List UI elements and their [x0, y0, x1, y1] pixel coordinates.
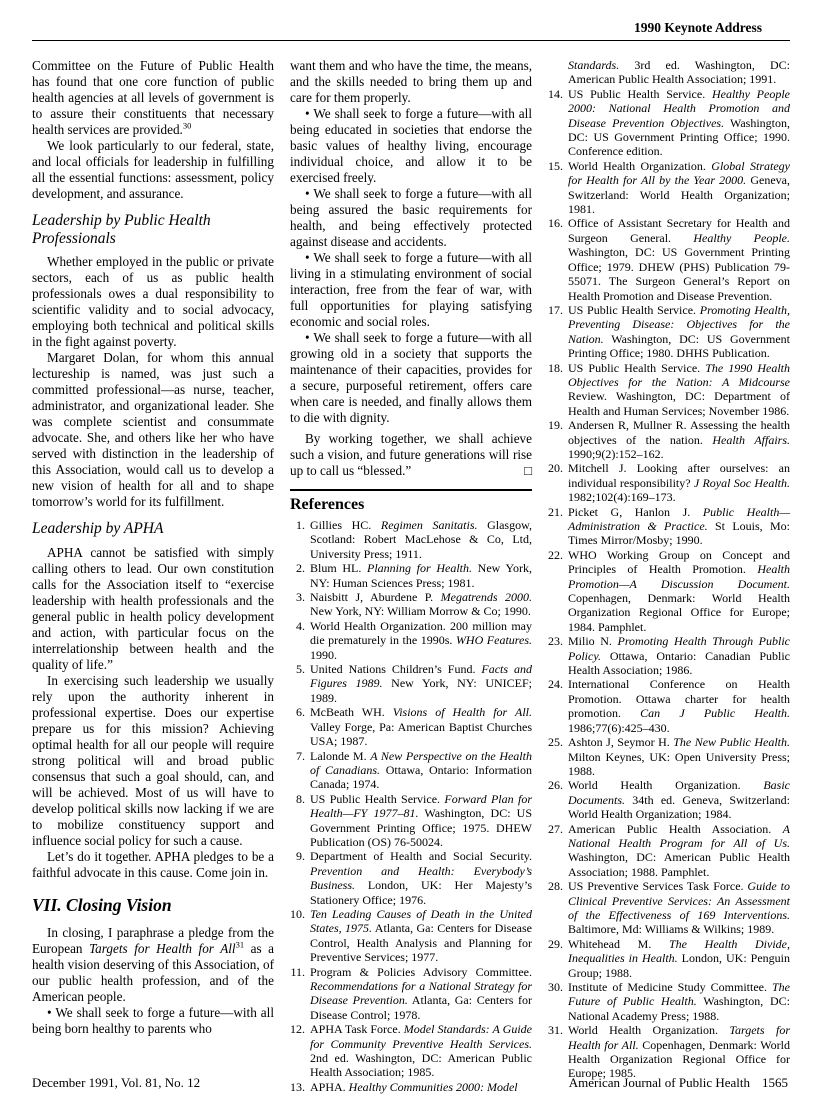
reference-number: 12.	[290, 1022, 310, 1080]
text-segment: Ottawa, Ontario: Canadian Public Health …	[568, 649, 790, 677]
reference-text: American Public Health Association. A Na…	[568, 822, 790, 880]
reference-text: World Health Organization. Global Strate…	[568, 159, 790, 217]
paragraph: Margaret Dolan, for whom this annual lec…	[32, 350, 274, 510]
reference-number: 1.	[290, 518, 310, 561]
reference-number: 24.	[548, 677, 568, 735]
text-segment: • We shall seek to forge a future—with a…	[290, 250, 532, 329]
text-segment: Program & Policies Advisory Committee.	[310, 965, 532, 979]
reference-number: 18.	[548, 361, 568, 419]
text-segment: Blum HL.	[310, 561, 367, 575]
text-segment: WHO Features.	[456, 633, 532, 647]
reference-item: 9.Department of Health and Social Securi…	[290, 849, 532, 907]
reference-text: US Preventive Services Task Force. Guide…	[568, 879, 790, 937]
reference-text: Standards. 3rd ed. Washington, DC: Ameri…	[568, 58, 790, 87]
reference-text: Milio N. Promoting Health Through Public…	[568, 634, 790, 677]
reference-continuation: Standards. 3rd ed. Washington, DC: Ameri…	[548, 58, 790, 87]
paragraph: In exercising such leadership we usually…	[32, 673, 274, 849]
reference-text: Gillies HC. Regimen Sanitatis. Glasgow, …	[310, 518, 532, 561]
text-segment: APHA cannot be satisfied with simply cal…	[32, 545, 274, 672]
text-segment: 31	[236, 939, 245, 949]
reference-number: 30.	[548, 980, 568, 1023]
reference-text: Program & Policies Advisory Committee. R…	[310, 965, 532, 1023]
reference-text: Office of Assistant Secretary for Health…	[568, 216, 790, 302]
reference-number: 26.	[548, 778, 568, 821]
reference-text: World Health Organization. Basic Documen…	[568, 778, 790, 821]
text-segment: Naisbitt J, Aburdene P.	[310, 590, 441, 604]
journal-page: 1990 Keynote Address Committee on the Fu…	[0, 0, 816, 1105]
reference-number: 14.	[548, 87, 568, 159]
footer-issue: December 1991, Vol. 81, No. 12	[32, 1075, 200, 1090]
reference-number: 23.	[548, 634, 568, 677]
reference-number: 9.	[290, 849, 310, 907]
text-segment: Targets for Health for All	[89, 941, 236, 956]
text-segment: 1990.	[310, 648, 337, 662]
reference-item: 7.Lalonde M. A New Perspective on the He…	[290, 749, 532, 792]
text-segment: Leadership by APHA	[32, 520, 163, 537]
reference-text: Picket G, Hanlon J. Public Health—Admini…	[568, 505, 790, 548]
reference-item: 2.Blum HL. Planning for Health. New York…	[290, 561, 532, 590]
text-segment: Whether employed in the public or privat…	[32, 254, 274, 349]
text-segment: Regimen Sanitatis.	[381, 518, 478, 532]
bullet-paragraph: • We shall seek to forge a future—with a…	[32, 1005, 274, 1037]
section-divider-rule	[290, 489, 532, 491]
bullet-paragraph: • We shall seek to forge a future—with a…	[290, 250, 532, 330]
text-segment: Standards.	[568, 58, 619, 72]
text-segment: Committee on the Future of Public Health…	[32, 58, 274, 137]
text-segment: • We shall seek to forge a future—with a…	[32, 1005, 274, 1036]
paragraph: Let’s do it together. APHA pledges to be…	[32, 849, 274, 881]
reference-text: Blum HL. Planning for Health. New York, …	[310, 561, 532, 590]
reference-text: APHA Task Force. Model Standards: A Guid…	[310, 1022, 532, 1080]
text-segment: Gillies HC.	[310, 518, 381, 532]
reference-number: 3.	[290, 590, 310, 619]
reference-item: 12.APHA Task Force. Model Standards: A G…	[290, 1022, 532, 1080]
text-segment: McBeath WH.	[310, 705, 393, 719]
reference-item: 28.US Preventive Services Task Force. Gu…	[548, 879, 790, 937]
reference-item: 4.World Health Organization. 200 million…	[290, 619, 532, 662]
text-segment: American Public Health Association.	[568, 822, 783, 836]
paragraph: Whether employed in the public or privat…	[32, 254, 274, 350]
bullet-paragraph: • We shall seek to forge a future—with a…	[290, 330, 532, 426]
reference-text: Lalonde M. A New Perspective on the Heal…	[310, 749, 532, 792]
text-segment: Milton Keynes, UK: Open University Press…	[568, 750, 790, 778]
text-segment: 1982;102(4):169–173.	[568, 490, 676, 504]
reference-item: 14.US Public Health Service. Healthy Peo…	[548, 87, 790, 159]
reference-item: 19.Andersen R, Mullner R. Assessing the …	[548, 418, 790, 461]
reference-text: World Health Organization. 200 million m…	[310, 619, 532, 662]
bullet-paragraph: • We shall seek to forge a future—with a…	[290, 186, 532, 250]
reference-item: 22.WHO Working Group on Concept and Prin…	[548, 548, 790, 634]
reference-text: Department of Health and Social Security…	[310, 849, 532, 907]
text-segment: In exercising such leadership we usually…	[32, 673, 274, 848]
reference-text: McBeath WH. Visions of Health for All. V…	[310, 705, 532, 748]
reference-number: 15.	[548, 159, 568, 217]
reference-item: 21.Picket G, Hanlon J. Public Health—Adm…	[548, 505, 790, 548]
text-segment: J Royal Soc Health.	[694, 476, 790, 490]
reference-number: 20.	[548, 461, 568, 504]
reference-number: 22.	[548, 548, 568, 634]
text-segment: Planning for Health.	[367, 561, 472, 575]
reference-number: 28.	[548, 879, 568, 937]
text-segment: US Public Health Service.	[568, 361, 705, 375]
text-segment: Washington, DC: US Government Printing O…	[568, 245, 790, 302]
reference-item: 30.Institute of Medicine Study Committee…	[548, 980, 790, 1023]
reference-item: 6.McBeath WH. Visions of Health for All.…	[290, 705, 532, 748]
text-segment: Baltimore, Md: Williams & Wilkins; 1989.	[568, 922, 774, 936]
text-segment: Health Affairs.	[712, 433, 790, 447]
reference-item: 23.Milio N. Promoting Health Through Pub…	[548, 634, 790, 677]
reference-number: 4.	[290, 619, 310, 662]
bullet-paragraph: • We shall seek to forge a future—with a…	[290, 106, 532, 186]
reference-number: 16.	[548, 216, 568, 302]
reference-item: 11.Program & Policies Advisory Committee…	[290, 965, 532, 1023]
paragraph: We look particularly to our federal, sta…	[32, 138, 274, 202]
section-heading: VII. Closing Vision	[32, 895, 274, 915]
text-segment: Megatrends 2000.	[441, 590, 532, 604]
reference-text: US Public Health Service. Promoting Heal…	[568, 303, 790, 361]
paragraph: APHA cannot be satisfied with simply cal…	[32, 545, 274, 673]
reference-text: US Public Health Service. The 1990 Healt…	[568, 361, 790, 419]
text-segment: Whitehead M.	[568, 937, 669, 951]
text-segment: APHA Task Force.	[310, 1022, 404, 1036]
text-segment: References	[290, 496, 364, 513]
reference-item: 31.World Health Organization. Targets fo…	[548, 1023, 790, 1081]
reference-item: 27.American Public Health Association. A…	[548, 822, 790, 880]
reference-item: 17.US Public Health Service. Promoting H…	[548, 303, 790, 361]
text-segment: • We shall seek to forge a future—with a…	[290, 186, 532, 249]
text-segment: US Preventive Services Task Force.	[568, 879, 747, 893]
end-of-article-mark: □	[509, 463, 532, 479]
reference-number: 7.	[290, 749, 310, 792]
paragraph: want them and who have the time, the mea…	[290, 58, 532, 106]
column-3: Standards. 3rd ed. Washington, DC: Ameri…	[548, 58, 790, 1094]
text-segment: Let’s do it together. APHA pledges to be…	[32, 849, 274, 880]
reference-text: International Conference on Health Promo…	[568, 677, 790, 735]
reference-number: 25.	[548, 735, 568, 778]
reference-item: 16.Office of Assistant Secretary for Hea…	[548, 216, 790, 302]
reference-number: 21.	[548, 505, 568, 548]
reference-text: World Health Organization. Targets for H…	[568, 1023, 790, 1081]
text-segment: Leadership by Public Health Professional…	[32, 212, 211, 247]
reference-number: 31.	[548, 1023, 568, 1081]
text-segment: New York, NY: William Morrow & Co; 1990.	[310, 604, 531, 618]
reference-item: 10.Ten Leading Causes of Death in the Un…	[290, 907, 532, 965]
text-segment: Washington, DC: American Public Health A…	[568, 850, 790, 878]
reference-number: 5.	[290, 662, 310, 705]
subsection-heading: Leadership by Public Health Professional…	[32, 212, 274, 247]
reference-text: Ashton J, Seymor H. The New Public Healt…	[568, 735, 790, 778]
text-segment: Ashton J, Seymor H.	[568, 735, 673, 749]
reference-item: 26.World Health Organization. Basic Docu…	[548, 778, 790, 821]
reference-number: 10.	[290, 907, 310, 965]
reference-number: 8.	[290, 792, 310, 850]
reference-item: 25.Ashton J, Seymor H. The New Public He…	[548, 735, 790, 778]
reference-number: 27.	[548, 822, 568, 880]
reference-number: 17.	[548, 303, 568, 361]
text-segment: Copenhagen, Denmark: World Health Organi…	[568, 591, 790, 634]
column-2: want them and who have the time, the mea…	[290, 58, 532, 1094]
text-segment: World Health Organization.	[568, 159, 711, 173]
text-segment: World Health Organization.	[568, 778, 763, 792]
text-segment: Institute of Medicine Study Committee.	[568, 980, 772, 994]
text-segment: Visions of Health for All.	[393, 705, 532, 719]
text-segment: Can J Public Health.	[640, 706, 790, 720]
text-segment: US Public Health Service.	[568, 87, 712, 101]
reference-item: 29.Whitehead M. The Health Divide, Inequ…	[548, 937, 790, 980]
reference-item: 8.US Public Health Service. Forward Plan…	[290, 792, 532, 850]
reference-text: WHO Working Group on Concept and Princip…	[568, 548, 790, 634]
text-segment: Milio N.	[568, 634, 618, 648]
reference-text: United Nations Children’s Fund. Facts an…	[310, 662, 532, 705]
text-segment: • We shall seek to forge a future—with a…	[290, 106, 532, 185]
footer-page-number: 1565	[762, 1075, 788, 1090]
reference-text: Whitehead M. The Health Divide, Inequali…	[568, 937, 790, 980]
reference-number: 19.	[548, 418, 568, 461]
reference-item: 20.Mitchell J. Looking after ourselves: …	[548, 461, 790, 504]
reference-number: 11.	[290, 965, 310, 1023]
text-segment: United Nations Children’s Fund.	[310, 662, 481, 676]
paragraph: Committee on the Future of Public Health…	[32, 58, 274, 138]
reference-number: 6.	[290, 705, 310, 748]
text-segment: Review. Washington, DC: Department of He…	[568, 389, 790, 417]
reference-number	[548, 58, 568, 87]
reference-text: US Public Health Service. Healthy People…	[568, 87, 790, 159]
text-segment: US Public Health Service.	[310, 792, 444, 806]
reference-text: Institute of Medicine Study Committee. T…	[568, 980, 790, 1023]
text-segment: 1986;77(6):425–430.	[568, 721, 670, 735]
reference-text: Andersen R, Mullner R. Assessing the hea…	[568, 418, 790, 461]
running-head-title: 1990 Keynote Address	[634, 20, 762, 35]
article-columns: Committee on the Future of Public Health…	[32, 58, 790, 1094]
reference-number: 2.	[290, 561, 310, 590]
reference-item: 15.World Health Organization. Global Str…	[548, 159, 790, 217]
header-rule	[32, 40, 790, 41]
text-segment: 30	[183, 121, 192, 131]
text-segment: We look particularly to our federal, sta…	[32, 138, 274, 201]
text-segment: The New Public Health.	[673, 735, 790, 749]
reference-text: Mitchell J. Looking after ourselves: an …	[568, 461, 790, 504]
text-segment: VII. Closing Vision	[32, 895, 172, 915]
text-segment: Valley Forge, Pa: American Baptist Churc…	[310, 720, 532, 748]
text-segment: Healthy People.	[693, 231, 790, 245]
footer-journal-block: American Journal of Public Health1565	[569, 1075, 788, 1090]
text-segment: Margaret Dolan, for whom this annual lec…	[32, 350, 274, 509]
reference-text: US Public Health Service. Forward Plan f…	[310, 792, 532, 850]
subsection-heading: Leadership by APHA	[32, 520, 274, 538]
text-segment: Picket G, Hanlon J.	[568, 505, 703, 519]
reference-text: Naisbitt J, Aburdene P. Megatrends 2000.…	[310, 590, 532, 619]
reference-number: 29.	[548, 937, 568, 980]
page-footer: December 1991, Vol. 81, No. 12 American …	[32, 1075, 788, 1090]
paragraph: In closing, I paraphrase a pledge from t…	[32, 925, 274, 1005]
paragraph: By working together, we shall achieve su…	[290, 431, 532, 479]
reference-item: 24.International Conference on Health Pr…	[548, 677, 790, 735]
text-segment: By working together, we shall achieve su…	[290, 431, 532, 478]
text-segment: want them and who have the time, the mea…	[290, 58, 532, 105]
reference-item: 5.United Nations Children’s Fund. Facts …	[290, 662, 532, 705]
reference-item: 3.Naisbitt J, Aburdene P. Megatrends 200…	[290, 590, 532, 619]
references-heading: References	[290, 496, 532, 514]
text-segment: US Public Health Service.	[568, 303, 700, 317]
running-head: 1990 Keynote Address	[32, 12, 790, 35]
text-segment: • We shall seek to forge a future—with a…	[290, 330, 532, 425]
reference-item: 1.Gillies HC. Regimen Sanitatis. Glasgow…	[290, 518, 532, 561]
text-segment: Department of Health and Social Security…	[310, 849, 532, 863]
footer-journal-name: American Journal of Public Health	[569, 1075, 750, 1090]
text-segment: Lalonde M.	[310, 749, 370, 763]
reference-text: Ten Leading Causes of Death in the Unite…	[310, 907, 532, 965]
text-segment: World Health Organization.	[568, 1023, 729, 1037]
text-segment: 1990;9(2):152–162.	[568, 447, 664, 461]
reference-item: 18.US Public Health Service. The 1990 He…	[548, 361, 790, 419]
column-1: Committee on the Future of Public Health…	[32, 58, 274, 1094]
